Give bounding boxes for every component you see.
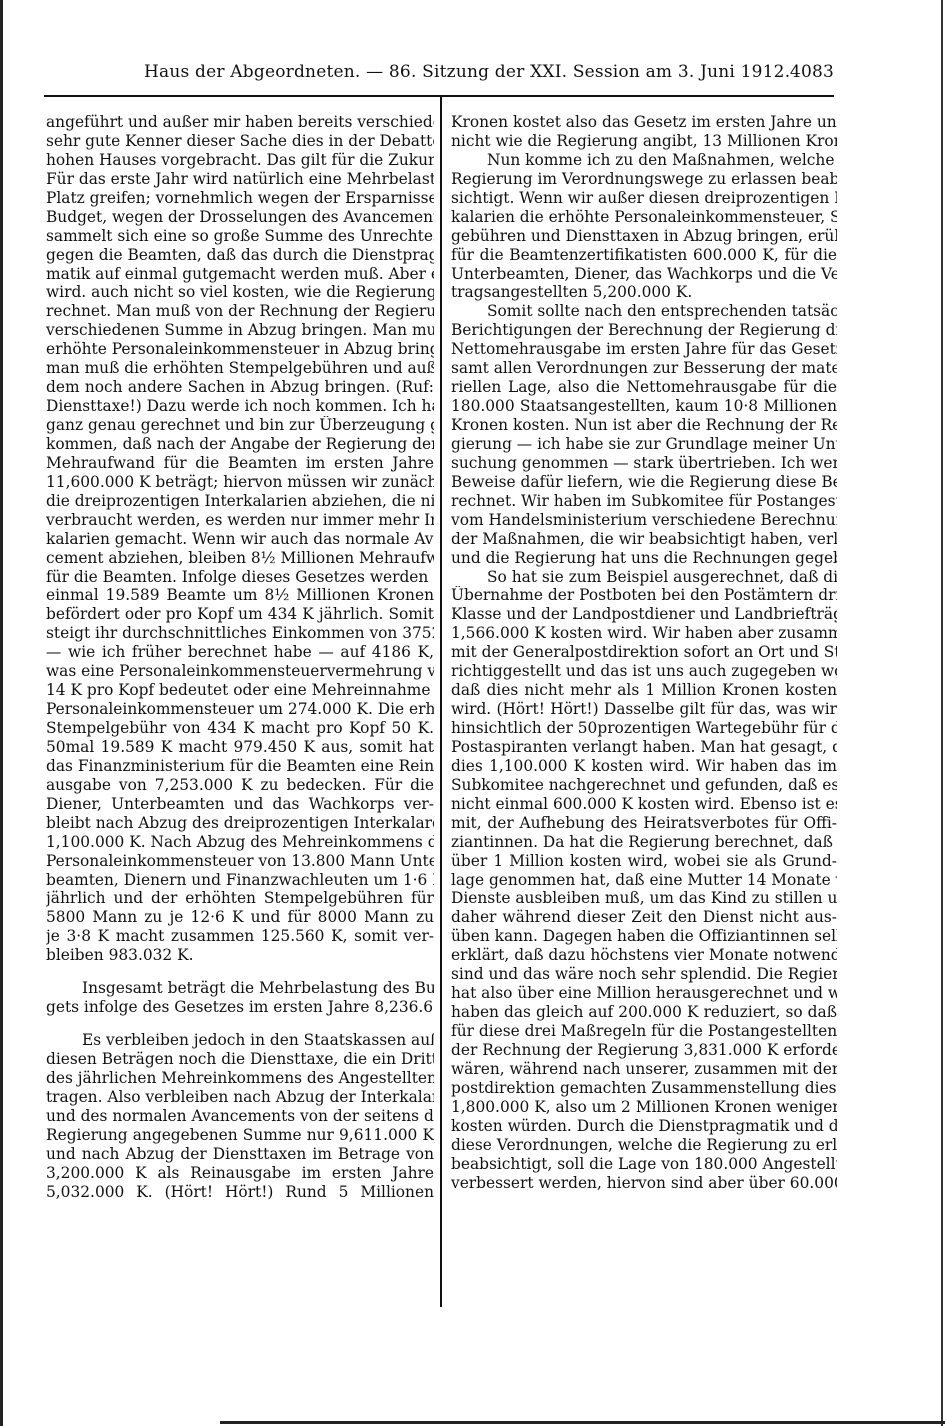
page-edge-bottom xyxy=(220,1421,945,1424)
text-line: tragen. Also verbleiben nach Abzug der I… xyxy=(46,1088,434,1107)
page-number: 4083 xyxy=(790,62,834,82)
text-line: Subkomitee nachgerechnet und gefunden, d… xyxy=(451,776,837,795)
text-line: verschiedenen Summe in Abzug bringen. Ma… xyxy=(46,321,434,340)
text-line: Stempelgebühr von 434 K macht pro Kopf 5… xyxy=(46,719,434,738)
text-line: Unterbeamten, Diener, das Wachkorps und … xyxy=(451,265,837,284)
right-column: Kronen kostet also das Gesetz im ersten … xyxy=(451,113,837,1192)
text-line: für die Beamten. Infolge dieses Gesetzes… xyxy=(46,568,434,587)
text-line: 1,566.000 K kosten wird. Wir haben aber … xyxy=(451,624,837,643)
text-line: sind und das wäre noch sehr splendid. Di… xyxy=(451,965,837,984)
text-line: verbessert werden, hiervon sind aber übe… xyxy=(451,1174,837,1193)
text-line: erklärt, daß dazu höchstens vier Monate … xyxy=(451,946,837,965)
text-line: 3,200.000 K als Reinausgabe im ersten Ja… xyxy=(46,1164,434,1183)
text-line: für die Beamtenzertifikatisten 600.000 K… xyxy=(451,246,837,265)
text-line: 5,032.000 K. (Hört! Hört!) Rund 5 Millio… xyxy=(46,1183,434,1202)
text-line: Übernahme der Postboten bei den Postämte… xyxy=(451,586,837,605)
text-line: riellen Lage, also die Nettomehrausgabe … xyxy=(451,378,837,397)
text-line: rechnet. Man muß von der Rechnung der Re… xyxy=(46,302,434,321)
text-line: und die Regierung hat uns die Rechnungen… xyxy=(451,549,837,568)
text-line: das Finanzministerium für die Beamten ei… xyxy=(46,757,434,776)
text-line: tragsangestellten 5,200.000 K. xyxy=(451,283,837,302)
text-line: rechnet. Wir haben im Subkomitee für Pos… xyxy=(451,492,837,511)
text-line: wird. auch nicht so viel kosten, wie die… xyxy=(46,283,434,302)
text-line: Postaspiranten verlangt haben. Man hat g… xyxy=(451,738,837,757)
text-line: je 3·8 K macht zusammen 125.560 K, somit… xyxy=(46,927,434,946)
text-line: Personaleinkommensteuer um 274.000 K. Di… xyxy=(46,700,434,719)
column-divider xyxy=(440,97,442,1307)
text-line: lage genommen hat, daß eine Mutter 14 Mo… xyxy=(451,871,837,890)
page-edge-left xyxy=(0,0,3,1426)
text-line: So hat sie zum Beispiel ausgerechnet, da… xyxy=(451,568,837,587)
text-line: üben kann. Dagegen haben die Offiziantin… xyxy=(451,927,837,946)
text-line: nicht einmal 600.000 K kosten wird. Eben… xyxy=(451,795,837,814)
text-line: gegen die Beamten, daß das durch die Die… xyxy=(46,246,434,265)
text-line: samt allen Verordnungen zur Besserung de… xyxy=(451,359,837,378)
text-line: cement abziehen, bleiben 8½ Millionen Me… xyxy=(46,549,434,568)
text-line: und des normalen Avancements von der sei… xyxy=(46,1107,434,1126)
text-line: wird. (Hört! Hört!) Dasselbe gilt für da… xyxy=(451,700,837,719)
text-line: 1,100.000 K. Nach Abzug des Mehreinkomme… xyxy=(46,833,434,852)
text-line: der Maßnahmen, die wir beabsichtigt habe… xyxy=(451,530,837,549)
text-line: einmal 19.589 Beamte um 8½ Millionen Kro… xyxy=(46,586,434,605)
text-line: daß dies nicht mehr als 1 Million Kronen… xyxy=(451,681,837,700)
text-line: kosten würden. Durch die Dienstpragmatik… xyxy=(451,1117,837,1136)
text-line: diesen Beträgen noch die Diensttaxe, die… xyxy=(46,1050,434,1069)
text-line: sammelt sich eine so große Summe des Unr… xyxy=(46,227,434,246)
paragraph-gap xyxy=(46,965,434,979)
text-line: Regierung angegebenen Summe nur 9,611.00… xyxy=(46,1126,434,1145)
text-line: kalarien gemacht. Wenn wir auch das norm… xyxy=(46,530,434,549)
text-line: Dienste ausbleiben muß, um das Kind zu s… xyxy=(451,889,837,908)
text-line: ziantinnen. Da hat die Regierung berechn… xyxy=(451,833,837,852)
left-column: angeführt und außer mir haben bereits ve… xyxy=(46,113,434,1202)
text-line: und nach Abzug der Diensttaxen im Betrag… xyxy=(46,1145,434,1164)
text-line: Diensttaxe!) Dazu werde ich noch kommen.… xyxy=(46,397,434,416)
text-line: gebühren und Diensttaxen in Abzug bringe… xyxy=(451,227,837,246)
text-line: Regierung im Verordnungswege zu erlassen… xyxy=(451,170,837,189)
text-line: 50mal 19.589 K macht 979.450 K aus, somi… xyxy=(46,738,434,757)
text-line: Nettomehrausgabe im ersten Jahre für das… xyxy=(451,340,837,359)
text-line: angeführt und außer mir haben bereits ve… xyxy=(46,113,434,132)
text-line: über 1 Million kosten wird, wobei sie al… xyxy=(451,852,837,871)
text-line: Diener, Unterbeamten und das Wachkorps v… xyxy=(46,795,434,814)
text-line: Kronen kostet also das Gesetz im ersten … xyxy=(451,113,837,132)
text-line: Nun komme ich zu den Maßnahmen, welche d… xyxy=(451,151,837,170)
text-line: mit der Generalpostdirektion sofort an O… xyxy=(451,643,837,662)
text-line: vom Handelsministerium verschiedene Bere… xyxy=(451,511,837,530)
text-line: postdirektion gemachten Zusammenstellung… xyxy=(451,1079,837,1098)
text-line: steigt ihr durchschnittliches Einkommen … xyxy=(46,624,434,643)
text-line: 5800 Mann zu je 12·6 K und für 8000 Mann… xyxy=(46,908,434,927)
text-line: befördert oder pro Kopf um 434 K jährlic… xyxy=(46,605,434,624)
text-line: haben das gleich auf 200.000 K reduziert… xyxy=(451,1003,837,1022)
text-line: bleibt nach Abzug des dreiprozentigen In… xyxy=(46,814,434,833)
text-line: ausgabe von 7,253.000 K zu bedecken. Für… xyxy=(46,776,434,795)
text-line: ganz genau gerechnet und bin zur Überzeu… xyxy=(46,416,434,435)
text-line: verbraucht werden, es werden nur immer m… xyxy=(46,511,434,530)
text-line: Mehraufwand für die Beamten im ersten Ja… xyxy=(46,454,434,473)
text-line: jährlich und der erhöhten Stempelgebühre… xyxy=(46,889,434,908)
text-line: man muß die erhöhten Stempelgebühren und… xyxy=(46,359,434,378)
text-line: dies 1,100.000 K kosten wird. Wir haben … xyxy=(451,757,837,776)
text-line: des jährlichen Mehreinkommens des Angest… xyxy=(46,1069,434,1088)
text-line: Berichtigungen der Berechnung der Regier… xyxy=(451,321,837,340)
text-line: was eine Personaleinkommensteuervermehru… xyxy=(46,662,434,681)
text-line: für diese drei Maßregeln für die Postang… xyxy=(451,1022,837,1041)
text-line: sichtigt. Wenn wir außer diesen dreiproz… xyxy=(451,189,837,208)
text-line: beabsichtigt, soll die Lage von 180.000 … xyxy=(451,1155,837,1174)
page-edge-right xyxy=(941,0,943,1426)
text-line: Für das erste Jahr wird natürlich eine M… xyxy=(46,170,434,189)
text-line: hinsichtlich der 50prozentigen Wartegebü… xyxy=(451,719,837,738)
text-line: Personaleinkommensteuer von 13.800 Mann … xyxy=(46,852,434,871)
text-line: suchung genommen — stark übertrieben. Ic… xyxy=(451,454,837,473)
text-line: nicht wie die Regierung angibt, 13 Milli… xyxy=(451,132,837,151)
text-line: daher während dieser Zeit den Dienst nic… xyxy=(451,908,837,927)
text-line: 180.000 Staatsangestellten, kaum 10·8 Mi… xyxy=(451,397,837,416)
text-line: beamten, Dienern und Finanzwachleuten um… xyxy=(46,871,434,890)
text-line: hat also über eine Million herausgerechn… xyxy=(451,984,837,1003)
text-line: diese Verordnungen, welche die Regierung… xyxy=(451,1136,837,1155)
text-line: Platz greifen; vornehmlich wegen der Ers… xyxy=(46,189,434,208)
running-head-title: Haus der Abgeordneten. — 86. Sitzung der… xyxy=(144,62,790,82)
text-line: Es verbleiben jedoch in den Staatskassen… xyxy=(46,1031,434,1050)
text-line: dem noch andere Sachen in Abzug bringen.… xyxy=(46,378,434,397)
text-line: Somit sollte nach den entsprechenden tat… xyxy=(451,302,837,321)
text-line: gets infolge des Gesetzes im ersten Jahr… xyxy=(46,998,434,1017)
text-line: Beweise dafür liefern, wie die Regierung… xyxy=(451,473,837,492)
text-line: wären, während nach unserer, zusammen mi… xyxy=(451,1060,837,1079)
text-line: kalarien die erhöhte Personaleinkommenst… xyxy=(451,208,837,227)
text-line: Budget, wegen der Drosselungen des Avanc… xyxy=(46,208,434,227)
header-rule xyxy=(44,95,834,97)
text-line: hohen Hauses vorgebracht. Das gilt für d… xyxy=(46,151,434,170)
text-line: Kronen kosten. Nun ist aber die Rechnung… xyxy=(451,416,837,435)
text-line: erhöhte Personaleinkommensteuer in Abzug… xyxy=(46,340,434,359)
text-line: Klasse und der Landpostdiener und Landbr… xyxy=(451,605,837,624)
text-line: sehr gute Kenner dieser Sache dies in de… xyxy=(46,132,434,151)
text-line: richtiggestellt und das ist uns auch zug… xyxy=(451,662,837,681)
text-line: — wie ich früher berechnet habe — auf 41… xyxy=(46,643,434,662)
text-line: 11,600.000 K beträgt; hiervon müssen wir… xyxy=(46,473,434,492)
text-line: der Rechnung der Regierung 3,831.000 K e… xyxy=(451,1041,837,1060)
text-line: bleiben 983.032 K. xyxy=(46,946,434,965)
text-line: kommen, daß nach der Angabe der Regierun… xyxy=(46,435,434,454)
text-line: 1,800.000 K, also um 2 Millionen Kronen … xyxy=(451,1098,837,1117)
text-line: die dreiprozentigen Interkalarien abzieh… xyxy=(46,492,434,511)
text-line: mit, der Aufhebung des Heiratsverbotes f… xyxy=(451,814,837,833)
text-line: gierung — ich habe sie zur Grundlage mei… xyxy=(451,435,837,454)
running-head: Haus der Abgeordneten. — 86. Sitzung der… xyxy=(44,58,834,86)
text-line: matik auf einmal gutgemacht werden muß. … xyxy=(46,265,434,284)
text-line: Insgesamt beträgt die Mehrbelastung des … xyxy=(46,979,434,998)
text-line: 14 K pro Kopf bedeutet oder eine Mehrein… xyxy=(46,681,434,700)
paragraph-gap xyxy=(46,1017,434,1031)
